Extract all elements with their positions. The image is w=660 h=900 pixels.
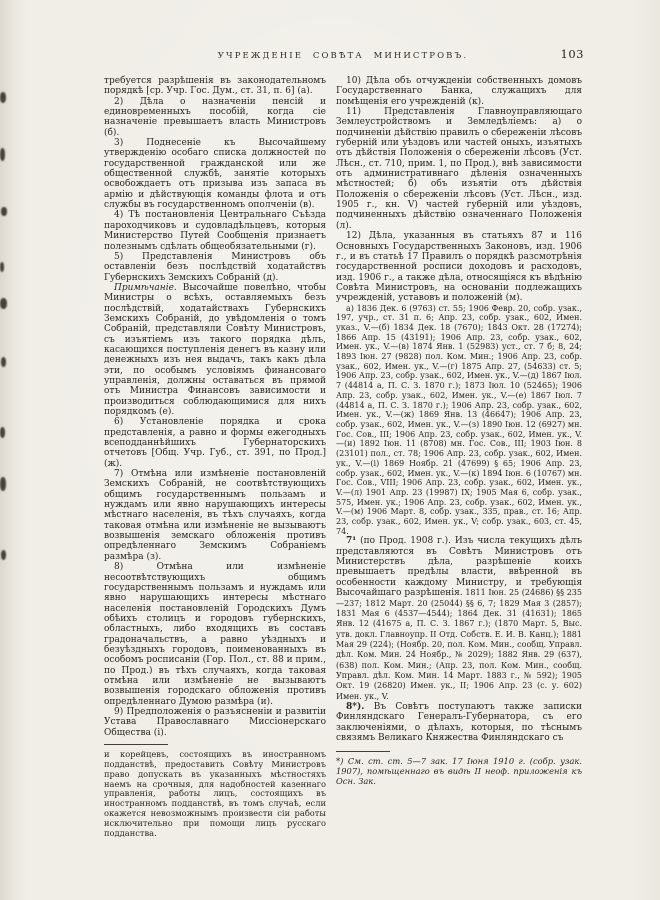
citation-block: а) 1836 Дек. 6 (9763) ст. 55; 1906 Февр.…: [336, 304, 582, 537]
footnote-rule: [336, 751, 390, 752]
item-3: 3) Поднесеніе къ Высочайшему утвержденію…: [104, 138, 326, 210]
paragraph-lead: Примѣчаніе.: [114, 283, 177, 293]
scan-artifact: [0, 427, 5, 438]
running-header: УЧРЕЖДЕНІЕ СОВѢТА МИНИСТРОВЪ.: [104, 51, 582, 61]
item-5: 5) Представленія Министровъ объ оставлен…: [104, 252, 326, 283]
scan-artifact: [0, 92, 6, 103]
document-page: УЧРЕЖДЕНІЕ СОВѢТА МИНИСТРОВЪ. 103 требуе…: [0, 0, 660, 900]
item-7: 7) Отмѣна или измѣненіе постановленій Зе…: [104, 469, 326, 562]
right-column: 10) Дѣла объ отчужденіи собственныхъ дом…: [336, 76, 582, 787]
item-10: 10) Дѣла объ отчужденіи собственныхъ дом…: [336, 76, 582, 107]
article-7-1: 7¹ (по Прод. 1908 г.). Изъ числа текущих…: [336, 536, 582, 702]
item-12: 12) Дѣла, указанныя въ статьяхъ 87 и 116…: [336, 231, 582, 303]
footnote-continuation: и корейцевъ, состоящихъ въ иностранномъ …: [104, 750, 326, 839]
item-4: 4) Тѣ постановленія Центральнаго Съѣзда …: [104, 210, 326, 251]
item-8: 8) Отмѣна или измѣненіе несоотвѣтствующи…: [104, 562, 326, 707]
right-column-body: 10) Дѣла объ отчужденіи собственныхъ дом…: [336, 76, 582, 743]
page-number: 103: [561, 47, 584, 61]
footnote-rule: [104, 744, 168, 745]
footnote-star: *) См. ст. ст. 5—7 зак. 17 Іюня 1910 г. …: [336, 757, 582, 787]
scan-artifact: [0, 477, 6, 491]
scan-artifact: [0, 148, 5, 161]
scan-artifact: [0, 298, 7, 309]
left-footnote: и корейцевъ, состоящихъ въ иностранномъ …: [104, 750, 326, 839]
inline-citation: 1811 Іюн. 25 (24686) §§ 235—237; 1812 Ма…: [336, 588, 582, 700]
note-paragraph: Примѣчаніе. Высочайше повелѣно, чтобы Ми…: [104, 283, 326, 417]
scan-artifact: [1, 550, 6, 560]
scan-artifact: [0, 262, 4, 272]
item-6: 6) Установленіе порядка и срока представ…: [104, 417, 326, 469]
scan-artifact: [1, 207, 7, 216]
item-11: 11) Представленія Главноуправляющаго Зем…: [336, 107, 582, 231]
paragraph-lead: 7¹: [346, 536, 356, 546]
article-8: 8*). Въ Совѣтъ поступаютъ также записки …: [336, 702, 582, 743]
right-footnote: *) См. ст. ст. 5—7 зак. 17 Іюня 1910 г. …: [336, 757, 582, 787]
scan-artifact: [1, 357, 6, 367]
left-column-body: требуется разрѣшенія въ законодательномъ…: [104, 76, 326, 738]
item-9: 9) Предположенія о разъясненіи и развиті…: [104, 707, 326, 738]
item-2: 2) Дѣла о назначеніи пенсій и единовреме…: [104, 97, 326, 138]
continuation-paragraph: требуется разрѣшенія въ законодательномъ…: [104, 76, 326, 97]
left-column: требуется разрѣшенія въ законодательномъ…: [104, 76, 326, 839]
paragraph-lead: 8*).: [346, 702, 364, 712]
